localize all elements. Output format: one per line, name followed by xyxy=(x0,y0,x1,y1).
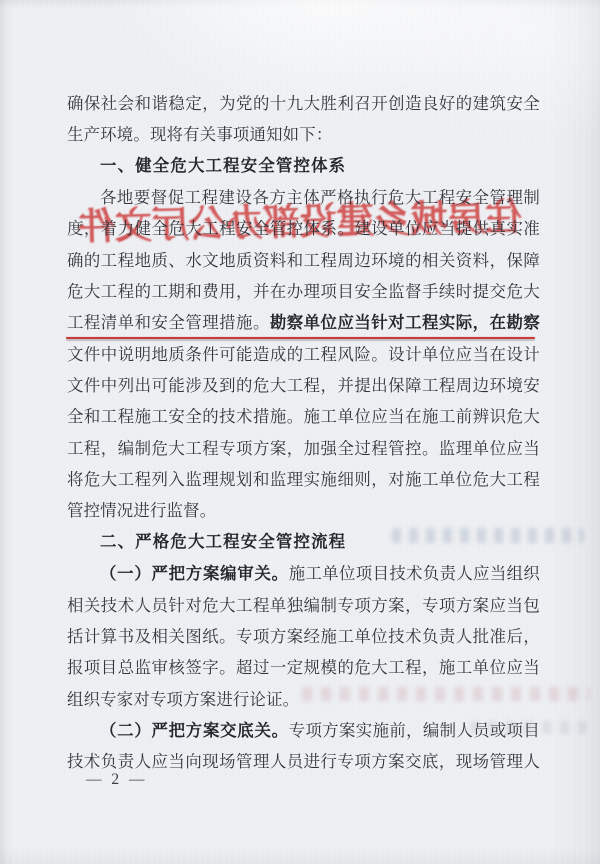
body-text: 确的工程地质、水文地质资料和工程周边环境的相关资料，保障 xyxy=(67,251,540,270)
text-line: 度，着力健全危大工程安全管控体系。建设单位应当提供真实准 xyxy=(67,213,540,244)
text-line: 各地要督促工程建设各方主体严格执行危大工程安全管理制 xyxy=(67,182,540,213)
text-line: 相关技术人员针对危大工程单独编制专项方案，专项方案应当包 xyxy=(67,590,540,621)
text-line: 括计算书及相关图纸。专项方案经施工单位技术负责人批准后， xyxy=(67,621,540,652)
emphasized-text: （一）严把方案编审关。 xyxy=(100,565,289,583)
emphasized-text: 二、严格危大工程安全管控流程 xyxy=(100,533,346,551)
text-line: 文件中说明地质条件可能造成的工程风险。设计单位应当在设计 xyxy=(67,339,540,370)
text-line: 报项目总监审核签字。超过一定规模的危大工程，施工单位应当 xyxy=(67,652,540,683)
body-text: 各地要督促工程建设各方主体严格执行危大工程安全管理制 xyxy=(100,188,540,207)
body-text: 全和工程施工安全的技术措施。施工单位应当在施工前辨识危大 xyxy=(67,407,540,426)
body-text: 生产环境。现将有关事项通知如下： xyxy=(67,125,332,144)
body-text: 文件中说明地质条件可能造成的工程风险。设计单位应当在设计 xyxy=(67,345,540,364)
body-text: 危大工程的工期和费用，并在办理项目安全监督手续时提交危大 xyxy=(67,282,540,301)
body-text: 确保社会和谐稳定，为党的十九大胜利召开创造良好的建筑安全 xyxy=(67,94,540,113)
text-line: 管控情况进行监督。 xyxy=(67,495,540,526)
body-text: 组织专家对专项方案进行论证。 xyxy=(67,690,299,709)
body-text: 将危大工程列入监理规划和监理实施细则，对施工单位危大工程 xyxy=(67,470,540,489)
text-line: 确的工程地质、水文地质资料和工程周边环境的相关资料，保障 xyxy=(67,245,540,276)
body-text: 技术负责人应当向现场管理人员进行专项方案交底，现场管理人 xyxy=(67,752,540,771)
text-line: 危大工程的工期和费用，并在办理项目安全监督手续时提交危大 xyxy=(67,276,540,307)
body-text: 括计算书及相关图纸。专项方案经施工单位技术负责人批准后， xyxy=(67,627,540,646)
text-line: 工程清单和安全管理措施。勘察单位应当针对工程实际，在勘察 xyxy=(67,307,540,338)
text-line: 确保社会和谐稳定，为党的十九大胜利召开创造良好的建筑安全 xyxy=(67,88,540,119)
body-text: 度，着力健全危大工程安全管控体系。建设单位应当提供真实准 xyxy=(67,219,540,238)
body-text: 专项方案实施前，编制人员或项目 xyxy=(289,721,540,740)
red-hand-underline xyxy=(66,337,535,339)
heading-line: 二、严格危大工程安全管控流程 xyxy=(67,527,540,558)
body-text: 工程，编制危大工程专项方案，加强全过程管控。监理单位应当 xyxy=(67,439,540,458)
body-text: 报项目总监审核签字。超过一定规模的危大工程，施工单位应当 xyxy=(67,658,540,677)
text-line: 组织专家对专项方案进行论证。 xyxy=(67,684,540,715)
heading-line: 一、健全危大工程安全管控体系 xyxy=(67,151,540,182)
page-number: — 2 — xyxy=(86,771,148,789)
emphasized-text: 勘察单位应当针对工程实际，在勘察 xyxy=(270,313,540,332)
text-line: 工程，编制危大工程专项方案，加强全过程管控。监理单位应当 xyxy=(67,433,540,464)
body-text: 施工单位项目技术负责人应当组织 xyxy=(289,564,540,583)
text-line: 生产环境。现将有关事项通知如下： xyxy=(67,119,540,150)
text-line: 将危大工程列入监理规划和监理实施细则，对施工单位危大工程 xyxy=(67,464,540,495)
body-text: 工程清单和安全管理措施。 xyxy=(67,313,270,332)
text-line: 全和工程施工安全的技术措施。施工单位应当在施工前辨识危大 xyxy=(67,401,540,432)
text-block: 确保社会和谐稳定，为党的十九大胜利召开创造良好的建筑安全生产环境。现将有关事项通… xyxy=(67,88,540,778)
body-text: 相关技术人员针对危大工程单独编制专项方案，专项方案应当包 xyxy=(67,596,540,615)
text-line: （一）严把方案编审关。施工单位项目技术负责人应当组织 xyxy=(67,558,540,589)
text-line: （二）严把方案交底关。专项方案实施前，编制人员或项目 xyxy=(67,715,540,746)
body-text: 文件中列出可能涉及到的危大工程，并提出保障工程周边环境安 xyxy=(67,376,540,395)
emphasized-text: 一、健全危大工程安全管控体系 xyxy=(100,157,346,175)
body-text: 管控情况进行监督。 xyxy=(67,501,216,520)
text-line: 文件中列出可能涉及到的危大工程，并提出保障工程周边环境安 xyxy=(67,370,540,401)
emphasized-text: （二）严把方案交底关。 xyxy=(100,722,289,740)
